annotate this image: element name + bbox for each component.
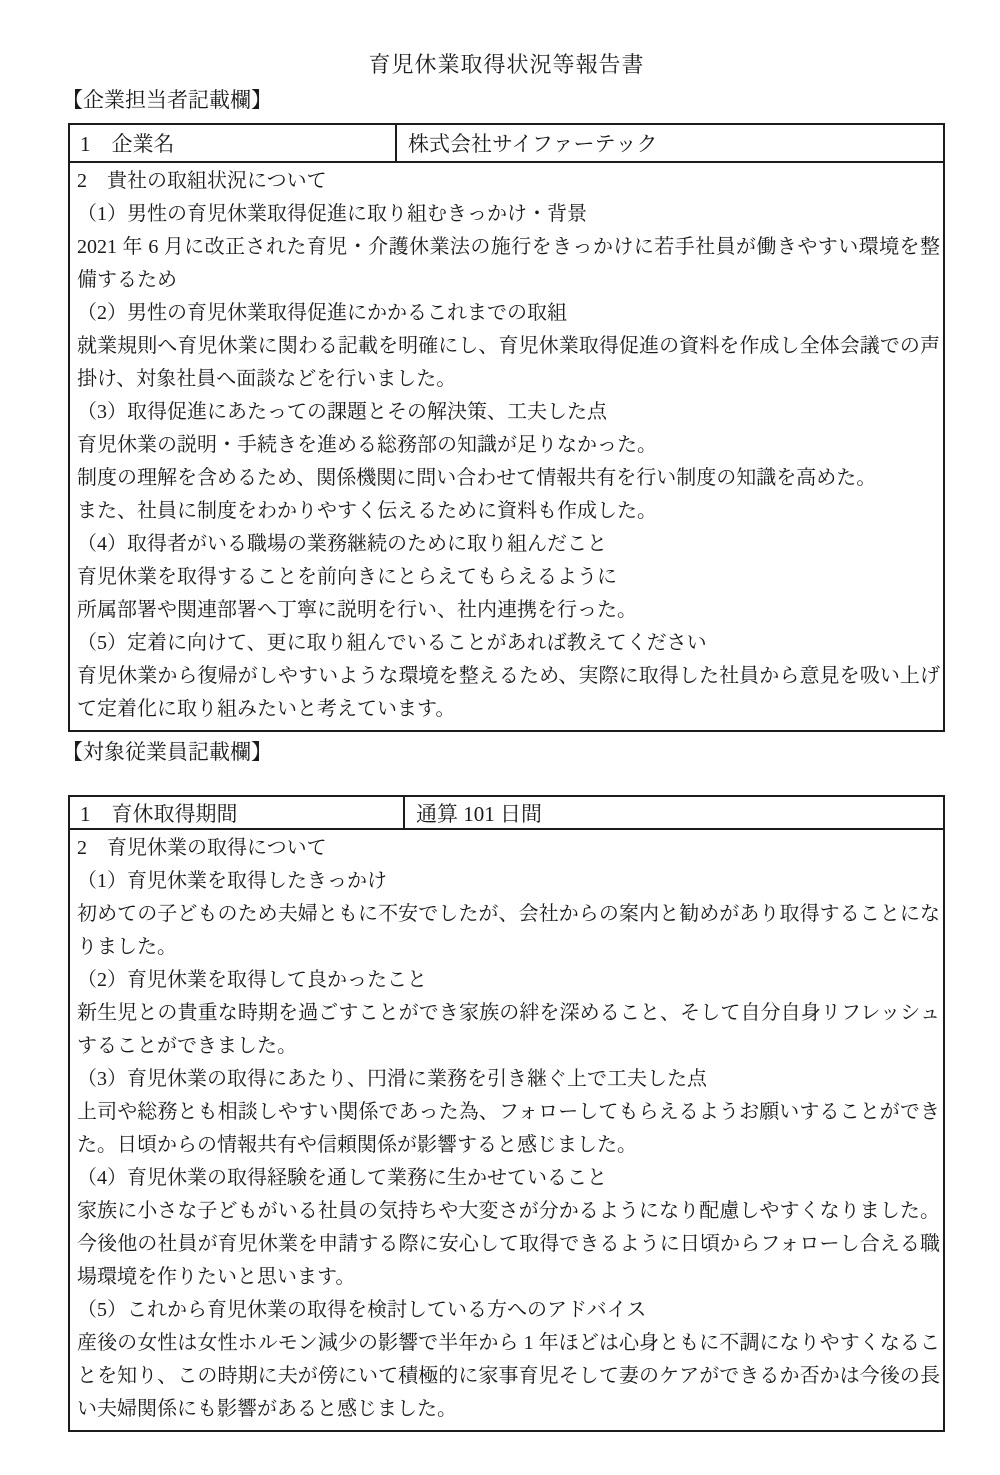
qa-answer: 育児休業を取得することを前向きにとらえてもらえるように 所属部署や関連部署へ丁寧…	[77, 561, 940, 627]
qa-question: （2）育児休業を取得して良かったこと	[77, 964, 940, 997]
qa-answer: 2021 年 6 月に改正された育児・介護休業法の施行をきっかけに若手社員が働き…	[77, 231, 940, 297]
qa-answer: 新生児との貴重な時期を過ごすことができ家族の絆を深めること、そして自分自身リフレ…	[77, 997, 940, 1063]
employee-experience-cell: 2 育児休業の取得について （1）育児休業を取得したきっかけ 初めての子どものた…	[70, 830, 943, 1430]
document-page: 育児休業取得状況等報告書 【企業担当者記載欄】 1 企業名 株式会社サイファーテ…	[0, 0, 1000, 1475]
qa-answer: 就業規則へ育児休業に関わる記載を明確にし、育児休業取得促進の資料を作成し全体会議…	[77, 330, 940, 396]
qa-question: （3）取得促進にあたっての課題とその解決策、工夫した点	[77, 396, 940, 429]
company-name-value-cell: 株式会社サイファーテック	[397, 125, 943, 161]
company-initiatives-cell: 2 貴社の取組状況について （1）男性の育児休業取得促進に取り組むきっかけ・背景…	[70, 163, 943, 730]
qa-answer: 初めての子どものため夫婦ともに不安でしたが、会社からの案内と勧めがあり取得するこ…	[77, 898, 940, 964]
qa-answer: 産後の女性は女性ホルモン減少の影響で半年から 1 年ほどは心身ともに不調になりや…	[77, 1327, 940, 1426]
employee-block-title: 2 育児休業の取得について	[77, 832, 940, 865]
leave-period-value-cell: 通算 101 日間	[405, 797, 943, 828]
company-name-row: 1 企業名 株式会社サイファーテック	[70, 125, 943, 163]
qa-question: （5）これから育児休業の取得を検討している方へのアドバイス	[77, 1294, 940, 1327]
company-name-label-cell: 1 企業名	[70, 125, 397, 161]
company-block-title: 2 貴社の取組状況について	[77, 165, 940, 198]
employee-section-heading: 【対象従業員記載欄】	[62, 739, 272, 765]
document-title: 育児休業取得状況等報告書	[68, 50, 945, 80]
qa-question: （1）男性の育児休業取得促進に取り組むきっかけ・背景	[77, 198, 940, 231]
leave-period-label-cell: 1 育休取得期間	[70, 797, 405, 828]
company-section-heading: 【企業担当者記載欄】	[62, 87, 272, 113]
qa-question: （1）育児休業を取得したきっかけ	[77, 865, 940, 898]
qa-question: （5）定着に向けて、更に取り組んでいることがあれば教えてください	[77, 627, 940, 660]
qa-question: （2）男性の育児休業取得促進にかかるこれまでの取組	[77, 297, 940, 330]
qa-answer: 育児休業の説明・手続きを進める総務部の知識が足りなかった。 制度の理解を含めるた…	[77, 429, 940, 528]
qa-answer: 上司や総務とも相談しやすい関係であった為、フォローしてもらえるようお願いすること…	[77, 1096, 940, 1162]
qa-answer: 家族に小さな子どもがいる社員の気持ちや大変さが分かるようになり配慮しやすくなりま…	[77, 1195, 940, 1294]
qa-question: （4）育児休業の取得経験を通して業務に生かせていること	[77, 1162, 940, 1195]
company-table: 1 企業名 株式会社サイファーテック 2 貴社の取組状況について （1）男性の育…	[68, 123, 945, 732]
employee-table: 1 育休取得期間 通算 101 日間 2 育児休業の取得について （1）育児休業…	[68, 795, 945, 1432]
qa-question: （3）育児休業の取得にあたり、円滑に業務を引き継ぐ上で工夫した点	[77, 1063, 940, 1096]
qa-question: （4）取得者がいる職場の業務継続のために取り組んだこと	[77, 528, 940, 561]
leave-period-row: 1 育休取得期間 通算 101 日間	[70, 797, 943, 830]
qa-answer: 育児休業から復帰がしやすいような環境を整えるため、実際に取得した社員から意見を吸…	[77, 660, 940, 726]
